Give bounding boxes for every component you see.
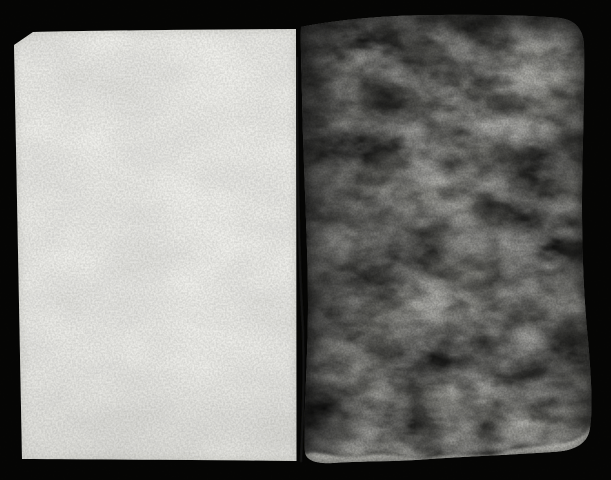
scan-grain-overlay — [0, 0, 611, 480]
register-scan — [0, 0, 611, 480]
archival-scan-viewport — [0, 0, 611, 480]
